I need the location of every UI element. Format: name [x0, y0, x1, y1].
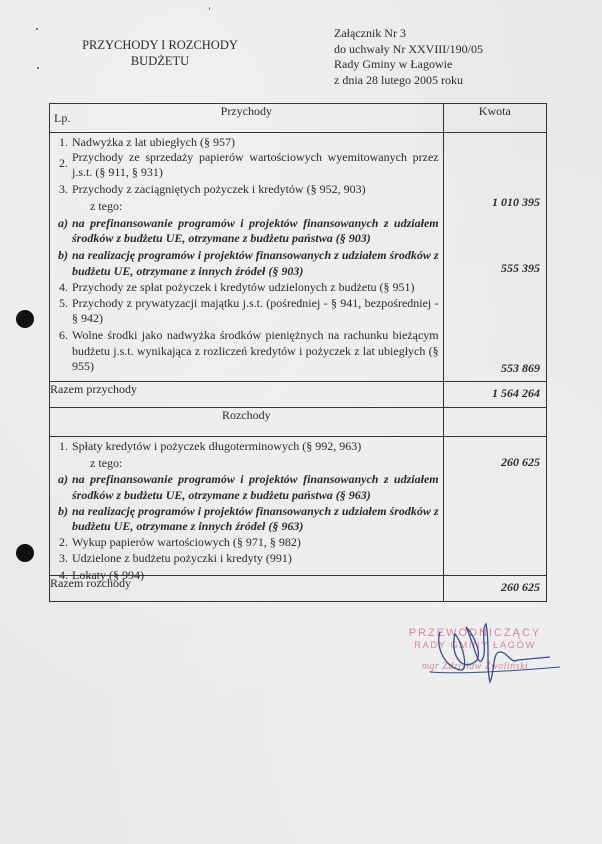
income-item-4: 4.Przychody ze spłat pożyczek i kredytów… [54, 280, 439, 295]
handwritten-signature [400, 612, 570, 692]
income-item-3a: a)na prefinansowanie programów i projekt… [54, 216, 439, 246]
signature-underline [430, 667, 560, 673]
income-items-row: 1.Nadwyżka z lat ubiegłych (§ 957) 2.Prz… [50, 133, 547, 382]
annex-line: z dnia 28 lutego 2005 roku [334, 73, 483, 89]
income-amounts-cell: 1 010 395 555 395 553 869 [443, 133, 546, 382]
income-item-3: 3.Przychody z zaciągniętych pożyczek i k… [54, 182, 439, 197]
income-item-3b: b)na realizację programów i projektów fi… [54, 248, 439, 278]
scan-speck [37, 67, 39, 69]
income-header: Przychody [50, 104, 443, 119]
budget-table: Lp. Przychody Kwota 1.Nadwyżka z lat ubi… [49, 103, 547, 602]
punch-hole-lower [16, 544, 34, 562]
income-item-2: 2.Przychody ze sprzedaży papierów wartoś… [54, 150, 439, 180]
document-title-line1: PRZYCHODY I ROZCHODY [60, 37, 260, 53]
lp-header: Lp. [54, 111, 70, 126]
expense-header-amount-cell [443, 408, 546, 437]
expense-header-row: Rozchody [50, 408, 547, 437]
document-title: PRZYCHODY I ROZCHODY BUDŻETU [60, 37, 260, 69]
amount-loan-repayments: 260 625 [501, 455, 540, 470]
annex-line: do uchwały Nr XXVIII/190/05 [334, 42, 483, 58]
expense-item-2: 2.Wykup papierów wartościowych (§ 971, §… [54, 535, 439, 550]
amount-free-funds: 553 869 [501, 361, 540, 376]
income-total-label: Razem przychody [50, 382, 444, 408]
income-total-row: Razem przychody 1 564 264 [50, 382, 547, 408]
document-title-line2: BUDŻETU [60, 53, 260, 69]
income-header-cell: Lp. Przychody [50, 104, 444, 133]
expense-amounts-cell: 260 625 [443, 437, 546, 576]
amount-header: Kwota [443, 104, 546, 133]
income-total-cell: 1 564 264 [443, 382, 546, 408]
expense-item-1: 1.Spłaty kredytów i pożyczek długotermin… [54, 439, 439, 454]
income-item-6: 6.Wolne środki jako nadwyżka środków pie… [54, 328, 439, 374]
expense-header: Rozchody [50, 408, 444, 437]
income-item-3-breakdown: z tego: [54, 199, 439, 214]
table-header-row: Lp. Przychody Kwota [50, 104, 547, 133]
annex-line: Rady Gminy w Łagowie [334, 57, 483, 73]
expense-items-row: 1.Spłaty kredytów i pożyczek długotermin… [50, 437, 547, 576]
amount-loans-credits: 1 010 395 [492, 195, 540, 210]
income-total-amount: 1 564 264 [492, 386, 540, 401]
expense-total-amount: 260 625 [501, 580, 540, 595]
income-item-1: 1.Nadwyżka z lat ubiegłych (§ 957) [54, 135, 439, 150]
amount-eu-other-sources: 555 395 [501, 261, 540, 276]
expense-item-1b: b)na realizację programów i projektów fi… [54, 504, 439, 534]
signature-stroke [439, 624, 550, 682]
expense-item-1a: a)na prefinansowanie programów i projekt… [54, 472, 439, 502]
expense-items-cell: 1.Spłaty kredytów i pożyczek długotermin… [50, 437, 444, 576]
punch-hole-upper [16, 310, 34, 328]
scan-speck [209, 7, 210, 10]
income-items-cell: 1.Nadwyżka z lat ubiegłych (§ 957) 2.Prz… [50, 133, 444, 382]
expense-item-3: 3.Udzielone z budżetu pożyczki i kredyty… [54, 551, 439, 566]
expense-total-cell: 260 625 [443, 576, 546, 602]
annex-line: Załącznik Nr 3 [334, 26, 483, 42]
income-item-5: 5.Przychody z prywatyzacji majątku j.s.t… [54, 296, 439, 326]
scan-speck [36, 28, 38, 30]
expense-item-1-breakdown: z tego: [54, 456, 439, 471]
annex-reference: Załącznik Nr 3 do uchwały Nr XXVIII/190/… [334, 26, 483, 88]
